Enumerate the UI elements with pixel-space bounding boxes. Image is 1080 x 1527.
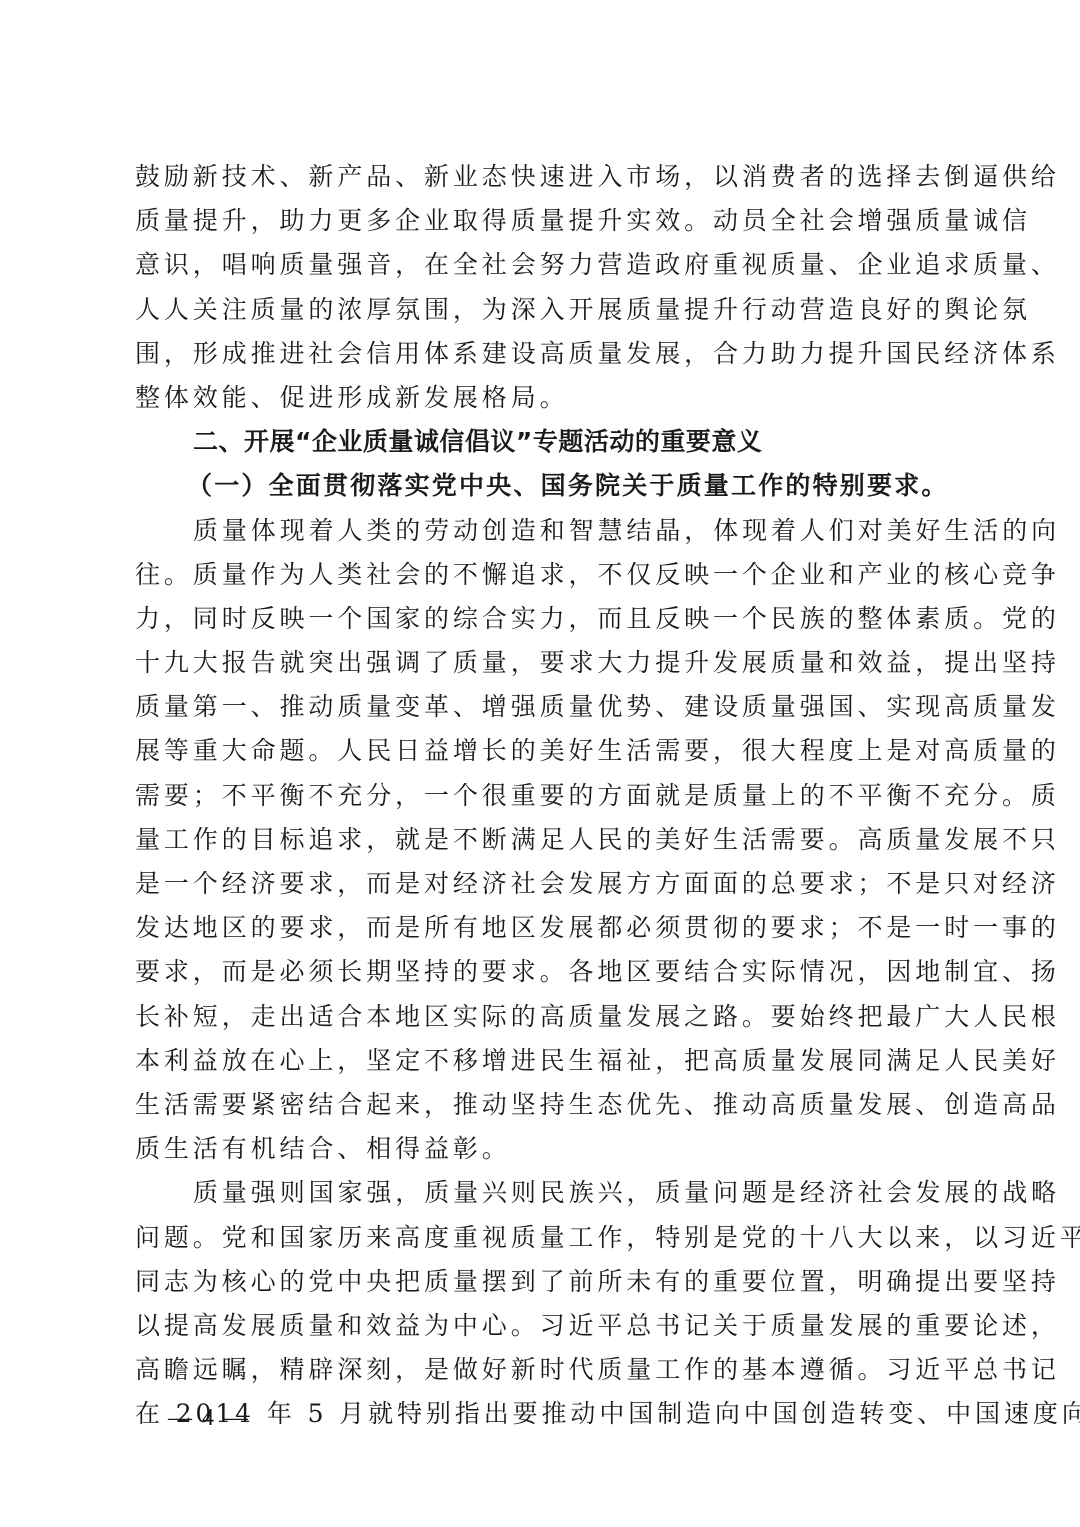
text-line: 量工作的目标追求，就是不断满足人民的美好生活需要。高质量发展不只: [135, 818, 947, 862]
text-line: 本利益放在心上，坚定不移增进民生福祉，把高质量发展同满足人民美好: [135, 1039, 947, 1083]
document-page: 鼓励新技术、新产品、新业态快速进入市场，以消费者的选择去倒逼供给 质量提升，助力…: [135, 155, 947, 1436]
paragraph-intro-continuation: 鼓励新技术、新产品、新业态快速进入市场，以消费者的选择去倒逼供给 质量提升，助力…: [135, 155, 947, 420]
text-line: 需要；不平衡不充分，一个很重要的方面就是质量上的不平衡不充分。质: [135, 774, 947, 818]
text-line: 鼓励新技术、新产品、新业态快速进入市场，以消费者的选择去倒逼供给: [135, 155, 947, 199]
text-line: 以提高发展质量和效益为中心。习近平总书记关于质量发展的重要论述，: [135, 1304, 947, 1348]
text-line: 质生活有机结合、相得益彰。: [135, 1127, 947, 1171]
text-line: 往。质量作为人类社会的不懈追求，不仅反映一个企业和产业的核心竞争: [135, 553, 947, 597]
text-line: 问题。党和国家历来高度重视质量工作，特别是党的十八大以来，以习近平: [135, 1216, 947, 1260]
text-line: 人人关注质量的浓厚氛围，为深入开展质量提升行动营造良好的舆论氛: [135, 288, 947, 332]
paragraph-quality-significance: 质量体现着人类的劳动创造和智慧结晶，体现着人们对美好生活的向 往。质量作为人类社…: [135, 509, 947, 1172]
text-line: 长补短，走出适合本地区实际的高质量发展之路。要始终把最广大人民根: [135, 995, 947, 1039]
text-line: 高瞻远瞩，精辟深刻，是做好新时代质量工作的基本遵循。习近平总书记: [135, 1348, 947, 1392]
text-line: 发达地区的要求，而是所有地区发展都必须贯彻的要求；不是一时一事的: [135, 906, 947, 950]
section-heading: 二、开展“企业质量诚信倡议”专题活动的重要意义: [135, 420, 947, 464]
text-line: 质量体现着人类的劳动创造和智慧结晶，体现着人们对美好生活的向: [135, 509, 947, 553]
text-line: 展等重大命题。人民日益增长的美好生活需要，很大程度上是对高质量的: [135, 729, 947, 773]
text-line: 十九大报告就突出强调了质量，要求大力提升发展质量和效益，提出坚持: [135, 641, 947, 685]
text-line: 质量提升，助力更多企业取得质量提升实效。动员全社会增强质量诚信: [135, 199, 947, 243]
text-line: 力，同时反映一个国家的综合实力，而且反映一个民族的整体素质。党的: [135, 597, 947, 641]
page-number: — 4 —: [168, 1405, 250, 1432]
subsection-heading: （一）全面贯彻落实党中央、国务院关于质量工作的特别要求。: [135, 464, 947, 508]
text-line: 质量第一、推动质量变革、增强质量优势、建设质量强国、实现高质量发: [135, 685, 947, 729]
text-line: 质量强则国家强，质量兴则民族兴，质量问题是经济社会发展的战略: [135, 1171, 947, 1215]
text-line: 围，形成推进社会信用体系建设高质量发展，合力助力提升国民经济体系: [135, 332, 947, 376]
text-line: 意识，唱响质量强音，在全社会努力营造政府重视质量、企业追求质量、: [135, 243, 947, 287]
text-line: 整体效能、促进形成新发展格局。: [135, 376, 947, 420]
text-line: 是一个经济要求，而是对经济社会发展方方面面的总要求；不是只对经济: [135, 862, 947, 906]
text-line: 要求，而是必须长期坚持的要求。各地区要结合实际情况，因地制宜、扬: [135, 950, 947, 994]
paragraph-quality-strategy: 质量强则国家强，质量兴则民族兴，质量问题是经济社会发展的战略 问题。党和国家历来…: [135, 1171, 947, 1436]
text-line: 同志为核心的党中央把质量摆到了前所未有的重要位置，明确提出要坚持: [135, 1260, 947, 1304]
text-line: 在 2014 年 5 月就特别指出要推动中国制造向中国创造转变、中国速度向: [135, 1392, 947, 1436]
text-line: 生活需要紧密结合起来，推动坚持生态优先、推动高质量发展、创造高品: [135, 1083, 947, 1127]
